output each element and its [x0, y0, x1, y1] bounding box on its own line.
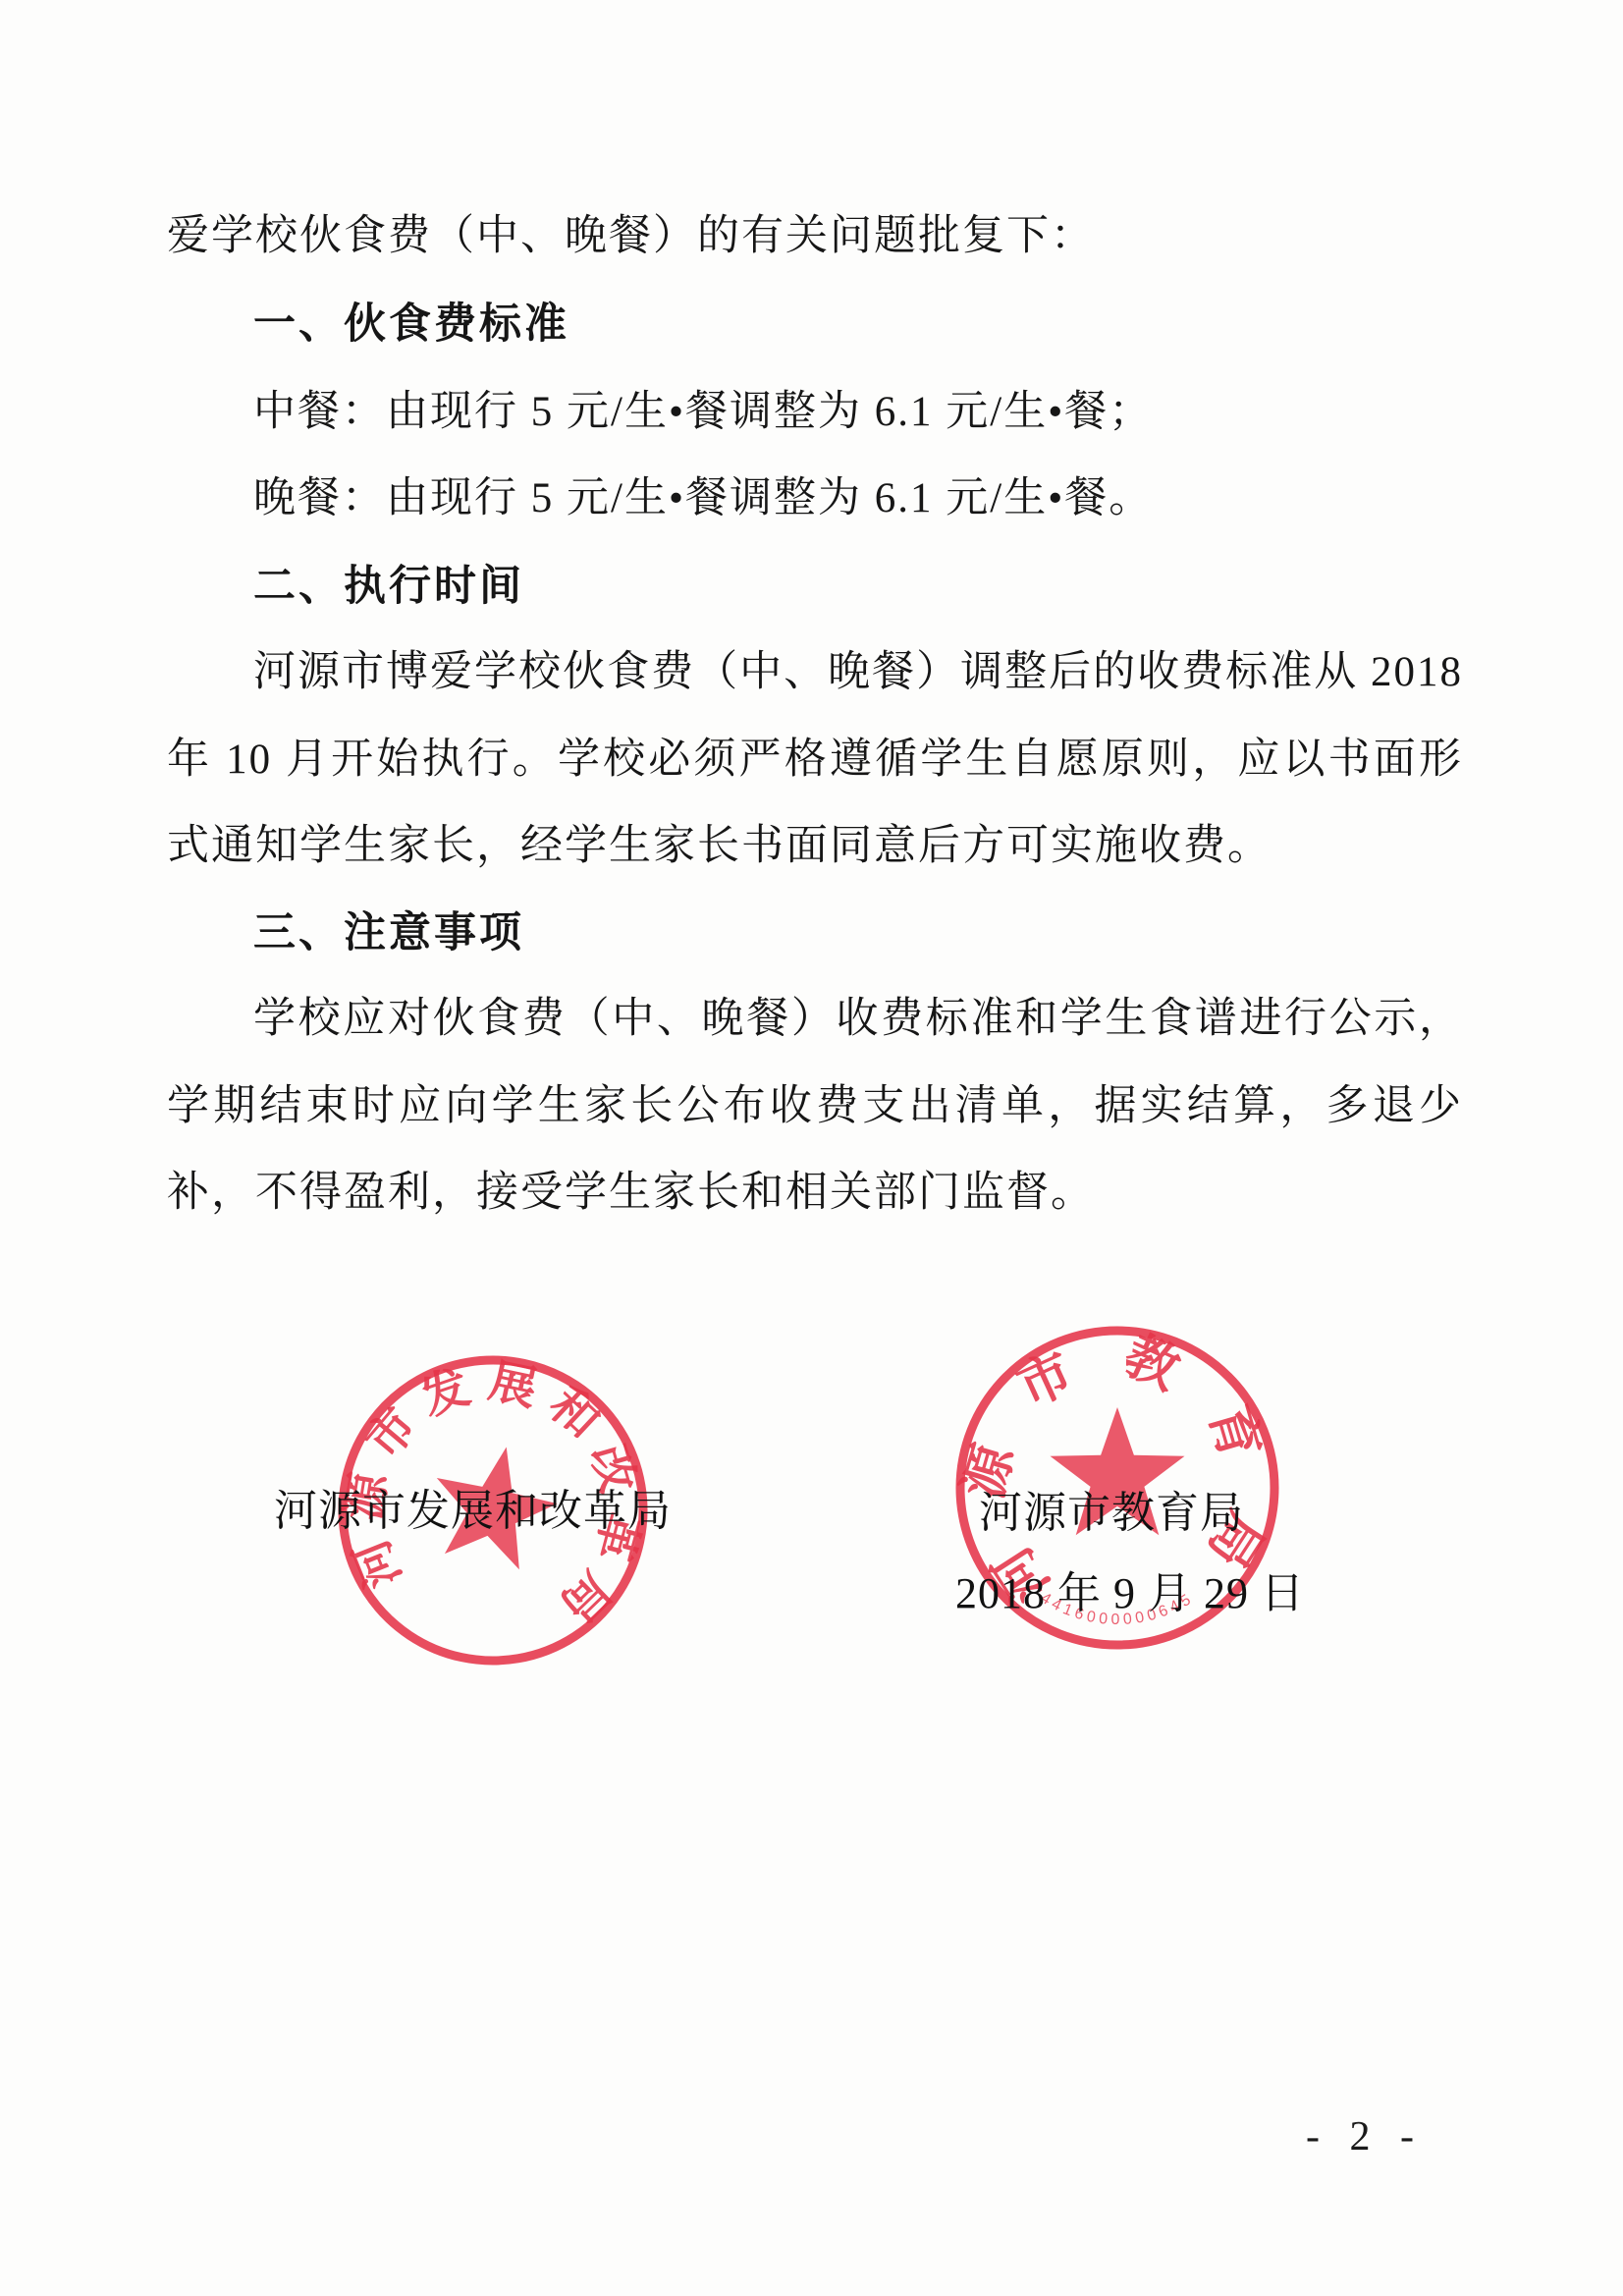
page-number: - 2 - [1306, 2113, 1424, 2160]
document-line: 中餐：由现行 5 元/生•餐调整为 6.1 元/生•餐； [167, 384, 1463, 441]
document-page: 爱学校伙食费（中、晚餐）的有关问题批复下： 一、伙食费标准 中餐：由现行 5 元… [0, 0, 1623, 2296]
section-heading-1: 一、伙食费标准 [167, 296, 1463, 353]
document-line: 补，不得盈利，接受学生家长和相关部门监督。 [167, 1165, 1463, 1222]
issuer-name-education-bureau: 河源市教育局 [979, 1477, 1244, 1540]
issue-date: 2018 年 9 月 29 日 [955, 1558, 1305, 1620]
document-line: 学校应对伙食费（中、晚餐）收费标准和学生食谱进行公示， [167, 991, 1463, 1048]
section-heading-3: 三、注意事项 [167, 904, 1463, 961]
document-line: 晚餐：由现行 5 元/生•餐调整为 6.1 元/生•餐。 [167, 470, 1463, 527]
section-heading-2: 二、执行时间 [167, 558, 1463, 615]
issuer-name-development-reform-bureau: 河源市发展和改革局 [274, 1475, 672, 1538]
document-line: 河源市博爱学校伙食费（中、晚餐）调整后的收费标准从 2018 [167, 644, 1463, 701]
document-line: 式通知学生家长，经学生家长书面同意后方可实施收费。 [167, 818, 1463, 875]
document-line: 爱学校伙食费（中、晚餐）的有关问题批复下： [167, 208, 1463, 265]
document-line: 学期结束时应向学生家长公布收费支出清单，据实结算，多退少 [167, 1078, 1463, 1135]
document-line: 年 10 月开始执行。学校必须严格遵循学生自愿原则，应以书面形 [167, 732, 1463, 789]
